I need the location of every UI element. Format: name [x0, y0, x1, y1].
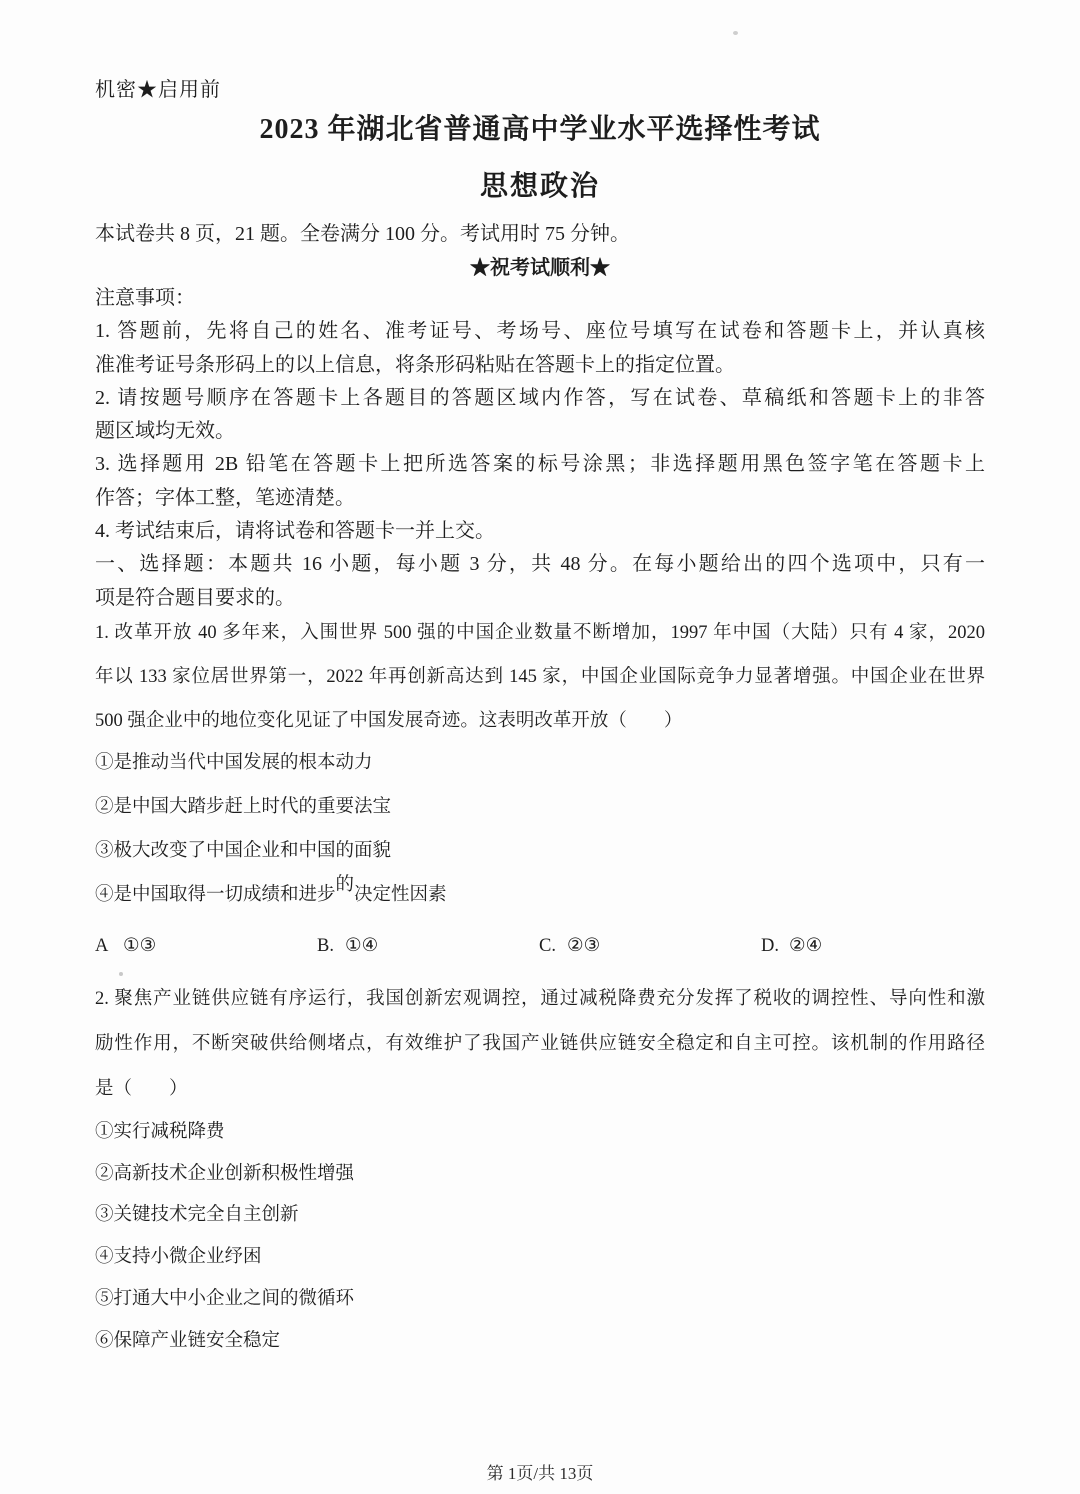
question-2-statement-1: ①实行减税降费	[95, 1112, 985, 1154]
question-1-stem-line-2: 年以 133 家位居世界第一，2022 年再创新高达到 145 家，中国企业国际…	[95, 655, 985, 699]
question-2-stem-line-2: 励性作用，不断突破供给侧堵点，有效维护了我国产业链供应链安全稳定和自主可控。该机…	[95, 1022, 985, 1067]
paper-info-line: 本试卷共 8 页，21 题。全卷满分 100 分。考试用时 75 分钟。	[95, 217, 630, 246]
exam-subject: 思想政治	[0, 164, 1080, 204]
question-2-statement-2: ②高新技术企业创新积极性增强	[95, 1154, 985, 1196]
choice-c: C.②③	[539, 933, 761, 959]
notice-item-4: 4. 考试结束后，请将试卷和答题卡一并上交。	[95, 515, 985, 548]
notice-item-2-line-1: 2. 请按题号顺序在答题卡上各题目的答题区域内作答，写在试卷、草稿纸和答题卡上的…	[95, 382, 985, 415]
question-1-stem: 1. 改革开放 40 多年来，入围世界 500 强的中国企业数量不断增加，199…	[95, 611, 985, 743]
question-1-statement-1: ①是推动当代中国发展的根本动力	[95, 741, 985, 785]
question-2-stem-line-3: 是（ ）	[95, 1067, 985, 1112]
choice-b-value: ①④	[345, 936, 378, 956]
question-1-stem-line-3: 500 强企业中的地位变化见证了中国发展奇迹。这表明改革开放（ ）	[95, 699, 985, 743]
notice-item-1-line-1: 1. 答题前，先将自己的姓名、准考证号、考场号、座位号填写在试卷和答题卡上，并认…	[95, 315, 985, 348]
exam-title: 2023 年湖北省普通高中学业水平选择性考试	[0, 107, 1080, 147]
question-1-statements: ①是推动当代中国发展的根本动力 ②是中国大踏步赶上时代的重要法宝 ③极大改变了中…	[95, 741, 985, 917]
choice-a: A①③	[95, 933, 317, 959]
choice-b-label: B.	[317, 933, 345, 959]
notice-section: 注意事项： 1. 答题前，先将自己的姓名、准考证号、考场号、座位号填写在试卷和答…	[95, 282, 985, 615]
choice-d-label: D.	[761, 933, 789, 959]
notice-item-1-line-2: 准准考证号条形码上的以上信息，将条形码粘贴在答题卡上的指定位置。	[95, 349, 985, 382]
section-1-heading-line-2: 项是符合题目要求的。	[95, 582, 985, 615]
exam-wish-line: ★祝考试顺利★	[0, 251, 1080, 280]
question-2-statement-3: ③关键技术完全自主创新	[95, 1195, 985, 1237]
choice-b: B.①④	[317, 933, 539, 959]
notice-heading: 注意事项：	[95, 282, 985, 315]
exam-paper-page: 机密★启用前 2023 年湖北省普通高中学业水平选择性考试 思想政治 本试卷共 …	[0, 0, 1080, 1494]
question-2-stem-line-1: 2. 聚焦产业链供应链有序运行，我国创新宏观调控，通过减税降费充分发挥了税收的调…	[95, 977, 985, 1022]
statement-4-raised-char: 的	[336, 875, 355, 895]
question-2-statement-6: ⑥保障产业链安全稳定	[95, 1321, 985, 1363]
question-2-statement-4: ④支持小微企业纾困	[95, 1237, 985, 1279]
choice-d: D.②④	[761, 933, 822, 959]
section-1-heading-line-1: 一、选择题：本题共 16 小题，每小题 3 分，共 48 分。在每小题给出的四个…	[95, 548, 985, 581]
confidential-label: 机密★启用前	[95, 73, 221, 102]
notice-item-3-line-2: 作答；字体工整，笔迹清楚。	[95, 482, 985, 515]
choice-d-value: ②④	[789, 936, 822, 956]
question-1-statement-2: ②是中国大踏步赶上时代的重要法宝	[95, 785, 985, 829]
scan-artifact-dot	[733, 31, 738, 35]
question-2-statements: ①实行减税降费 ②高新技术企业创新积极性增强 ③关键技术完全自主创新 ④支持小微…	[95, 1112, 985, 1362]
question-2-statement-5: ⑤打通大中小企业之间的微循环	[95, 1279, 985, 1321]
question-2-stem: 2. 聚焦产业链供应链有序运行，我国创新宏观调控，通过减税降费充分发挥了税收的调…	[95, 977, 985, 1112]
statement-4-suffix: 决定性因素	[354, 885, 447, 905]
question-1-statement-3: ③极大改变了中国企业和中国的面貌	[95, 829, 985, 873]
question-1-stem-line-1: 1. 改革开放 40 多年来，入围世界 500 强的中国企业数量不断增加，199…	[95, 611, 985, 655]
notice-item-3-line-1: 3. 选择题用 2B 铅笔在答题卡上把所选答案的标号涂黑；非选择题用黑色签字笔在…	[95, 448, 985, 481]
question-1-statement-4: ④是中国取得一切成绩和进步的决定性因素	[95, 873, 985, 917]
choice-c-label: C.	[539, 933, 567, 959]
statement-4-prefix: ④是中国取得一切成绩和进步	[95, 885, 336, 905]
choice-a-label: A	[95, 933, 123, 959]
choice-a-value: ①③	[123, 936, 156, 956]
notice-item-2-line-2: 题区域均无效。	[95, 415, 985, 448]
page-number: 第 1页/共 13页	[0, 1459, 1080, 1484]
scan-artifact-dot	[119, 972, 123, 976]
question-1-answer-choices: A①③ B.①④ C.②③ D.②④	[95, 933, 985, 959]
choice-c-value: ②③	[567, 936, 600, 956]
